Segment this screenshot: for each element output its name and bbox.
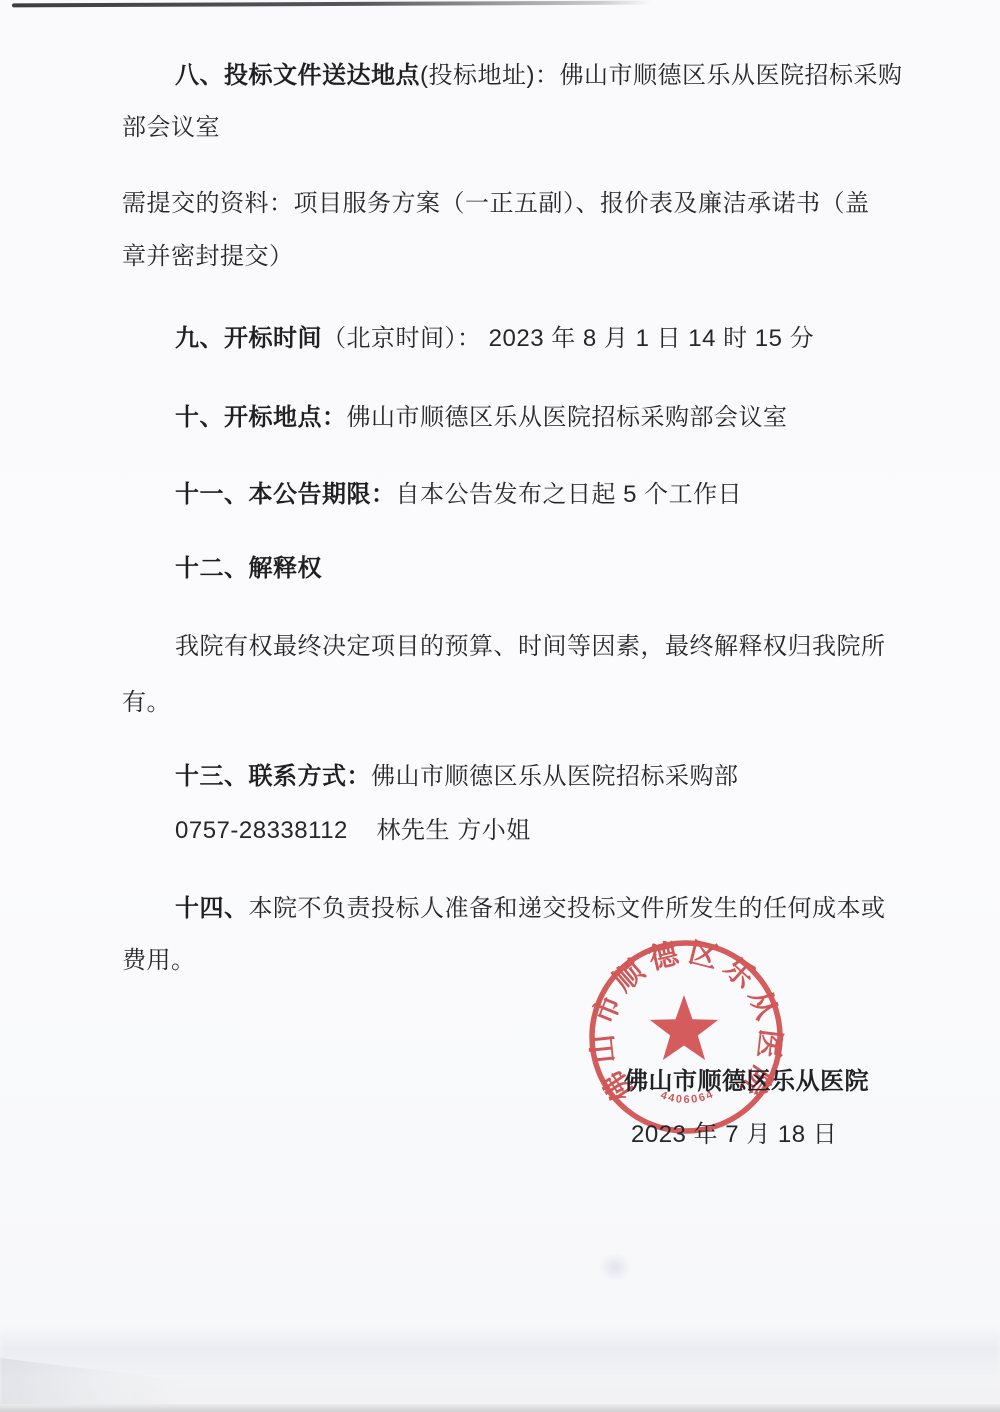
- doc-line: 十一、本公告期限：自本公告发布之日起 5 个工作日: [175, 479, 742, 511]
- document-date: 2023 年 7 月 18 日: [631, 1119, 837, 1151]
- line-text: 自本公告发布之日起 5 个工作日: [396, 481, 743, 508]
- line-text: (投标地址)：佛山市顺德区乐从医院招标采购: [420, 62, 902, 89]
- line-text: 需提交的资料：项目服务方案（一正五副）、报价表及廉洁承诺书（盖: [122, 190, 870, 217]
- line-text: 0757-28338112 林先生 方小姐: [175, 817, 531, 844]
- section-heading: 十二、解释权: [175, 555, 322, 582]
- line-text: 章并密封提交）: [122, 243, 294, 270]
- scan-artifact-top-edge: [12, 1, 652, 8]
- doc-line: 十三、联系方式：佛山市顺德区乐从医院招标采购部: [175, 761, 739, 793]
- stamp-star-icon: [650, 995, 718, 1060]
- hospital-signature-line: 佛山市顺德区乐从医院: [624, 1066, 869, 1098]
- line-text: 部会议室: [122, 114, 220, 141]
- line-text: 费用。: [122, 947, 196, 974]
- scan-smudge: [598, 1252, 632, 1282]
- doc-line: 部会议室: [122, 112, 220, 144]
- doc-line: 十、开标地点：佛山市顺德区乐从医院招标采购部会议室: [175, 402, 788, 434]
- section-heading: 十一、本公告期限：: [175, 481, 396, 508]
- doc-line: 我院有权最终决定项目的预算、时间等因素，最终解释权归我院所: [175, 631, 886, 663]
- official-seal-stamp: 佛山市顺德区乐从医院 4406064509031: [576, 922, 796, 1152]
- doc-line: 0757-28338112 林先生 方小姐: [175, 815, 531, 847]
- doc-line: 九、开标时间（北京时间）： 2023 年 8 月 1 日 14 时 15 分: [175, 323, 814, 355]
- doc-line: 章并密封提交）: [122, 241, 294, 273]
- line-text: （北京时间）： 2023 年 8 月 1 日 14 时 15 分: [322, 325, 814, 352]
- line-text: 本院不负责投标人准备和递交投标文件所发生的任何成本或: [249, 895, 886, 922]
- section-heading: 十、开标地点：: [175, 404, 347, 431]
- line-text: 佛山市顺德区乐从医院招标采购部: [371, 763, 739, 790]
- section-heading: 九、开标时间: [175, 325, 322, 352]
- paper-shadow-band: [0, 1328, 1000, 1376]
- line-text: 佛山市顺德区乐从医院招标采购部会议室: [347, 404, 788, 431]
- section-heading: 十三、联系方式：: [175, 763, 371, 790]
- doc-line: 八、投标文件送达地点(投标地址)：佛山市顺德区乐从医院招标采购: [175, 60, 902, 92]
- line-text: 我院有权最终决定项目的预算、时间等因素，最终解释权归我院所: [175, 633, 886, 660]
- doc-line: 十二、解释权: [175, 553, 322, 585]
- scanned-document-page: 八、投标文件送达地点(投标地址)：佛山市顺德区乐从医院招标采购 部会议室 需提交…: [0, 0, 1000, 1412]
- doc-line: 费用。: [122, 945, 196, 977]
- section-heading: 十四、: [175, 895, 249, 922]
- doc-line: 需提交的资料：项目服务方案（一正五副）、报价表及廉洁承诺书（盖: [122, 188, 870, 220]
- line-text: 有。: [122, 689, 171, 716]
- doc-line: 有。: [122, 687, 171, 719]
- doc-line: 十四、本院不负责投标人准备和递交投标文件所发生的任何成本或: [175, 893, 886, 925]
- scan-artifact-bottom-edge: [0, 1404, 1000, 1412]
- section-heading: 八、投标文件送达地点: [175, 62, 420, 89]
